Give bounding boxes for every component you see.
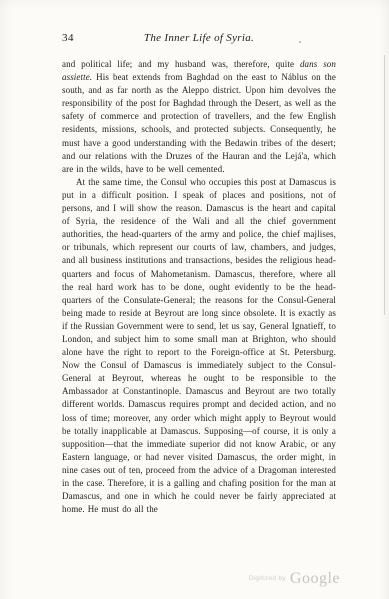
paragraph-text: His beat extends from Baghdad on the eas…	[62, 72, 336, 174]
page-header: 34 The Inner Life of Syria.	[62, 32, 336, 47]
body-text: and political life; and my husband was, …	[62, 58, 336, 516]
paragraph: and political life; and my husband was, …	[62, 58, 336, 176]
digitized-by-label: Digitized by	[249, 575, 286, 582]
watermark: Digitized byGoogle	[249, 571, 340, 587]
text-column: 34 The Inner Life of Syria. and politica…	[62, 32, 336, 516]
google-logo: Google	[290, 570, 340, 587]
page-number: 34	[62, 32, 74, 44]
paragraph-text: and political life; and my husband was, …	[62, 59, 300, 69]
running-title: The Inner Life of Syria.	[62, 32, 336, 44]
book-page: 34 The Inner Life of Syria. and politica…	[0, 0, 389, 599]
paragraph: At the same time, the Consul who occupie…	[62, 176, 336, 516]
page-edge-scan-line	[384, 55, 385, 315]
